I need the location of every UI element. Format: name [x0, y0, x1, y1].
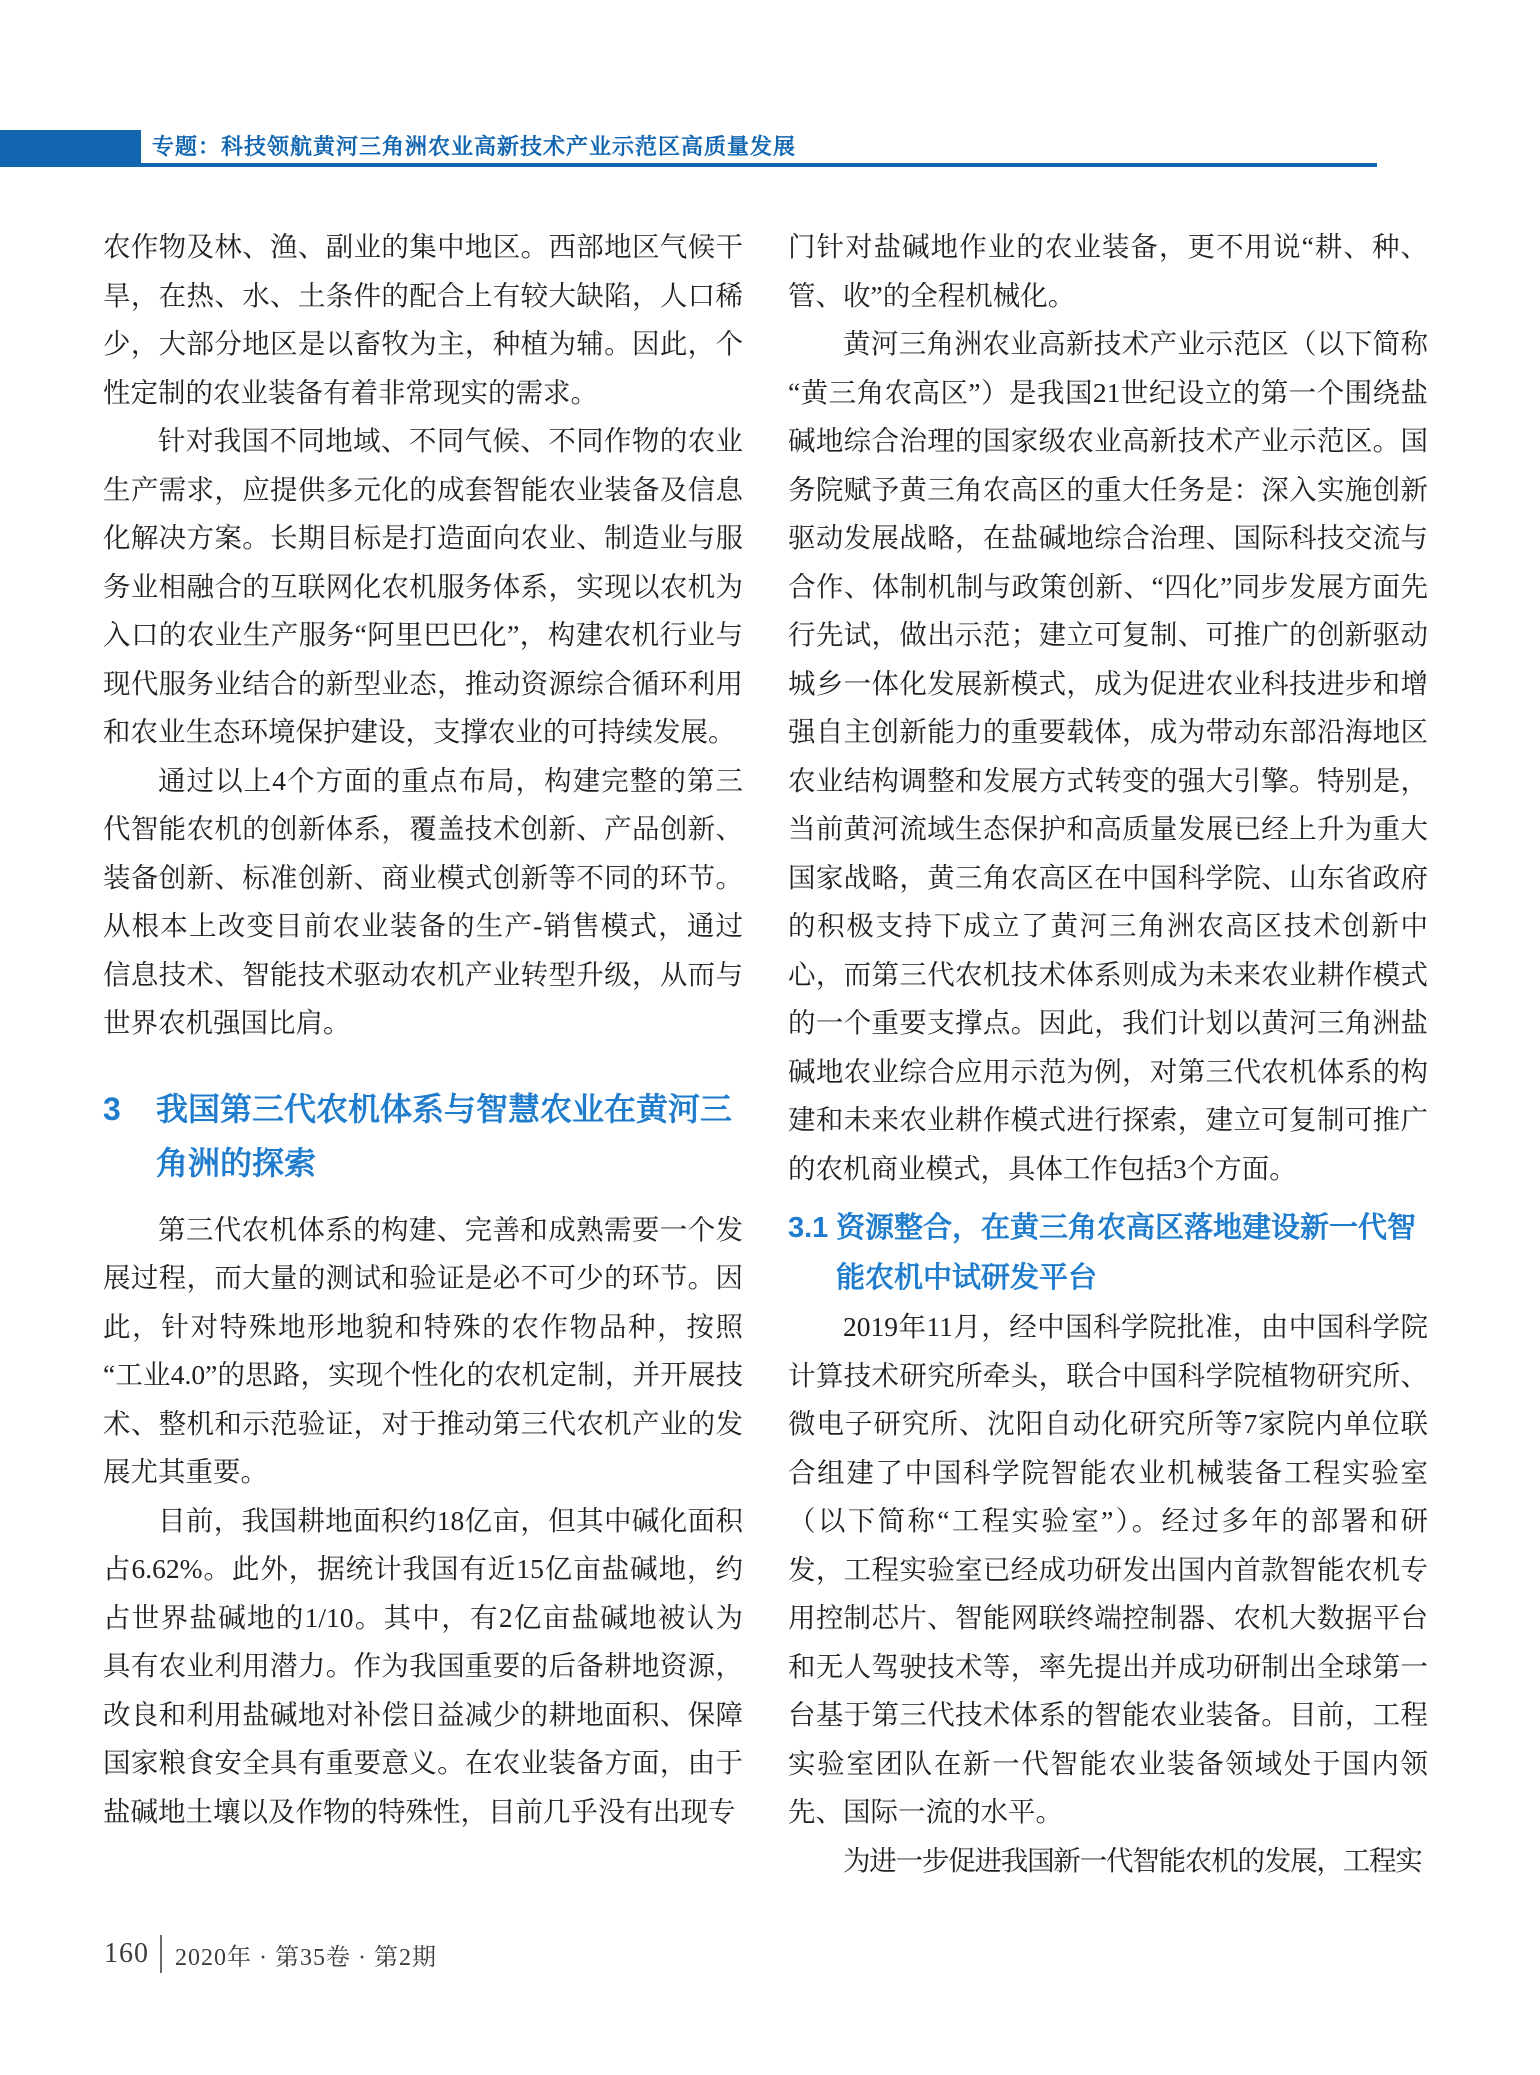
- section-title: 我国第三代农机体系与智慧农业在黄河三角洲的探索: [156, 1082, 743, 1190]
- paragraph: 第三代农机体系的构建、完善和成熟需要一个发展过程，而大量的测试和验证是必不可少的…: [103, 1206, 743, 1497]
- subsection-number: 3.1: [788, 1203, 836, 1303]
- paragraph: 黄河三角洲农业高新技术产业示范区（以下简称“黄三角农高区”）是我国21世纪设立的…: [788, 320, 1428, 1193]
- paragraph: 为进一步促进我国新一代智能农机的发展，工程实: [788, 1837, 1428, 1886]
- section-number: 3: [103, 1082, 156, 1190]
- issue-info: 2020年 · 第35卷 · 第2期: [175, 1937, 437, 1972]
- subsection-title: 资源整合，在黄三角农高区落地建设新一代智能农机中试研发平台: [836, 1203, 1428, 1303]
- page-number: 160: [104, 1938, 149, 1970]
- left-column: 农作物及林、渔、副业的集中地区。西部地区气候干旱，在热、水、土条件的配合上有较大…: [103, 223, 743, 1836]
- paragraph: 门针对盐碱地作业的农业装备，更不用说“耕、种、管、收”的全程机械化。: [788, 223, 1428, 320]
- paragraph: 通过以上4个方面的重点布局，构建完整的第三代智能农机的创新体系，覆盖技术创新、产…: [103, 757, 743, 1048]
- section-heading: 3 我国第三代农机体系与智慧农业在黄河三角洲的探索: [103, 1082, 743, 1190]
- paragraph: 针对我国不同地域、不同气候、不同作物的农业生产需求，应提供多元化的成套智能农业装…: [103, 417, 743, 757]
- topic-header-label: 专题：科技领航黄河三角洲农业高新技术产业示范区高质量发展: [152, 130, 796, 163]
- page-footer: 160 2020年 · 第35卷 · 第2期: [104, 1934, 437, 1974]
- paragraph: 2019年11月，经中国科学院批准，由中国科学院计算技术研究所牵头，联合中国科学…: [788, 1303, 1428, 1837]
- header-accent-block: [0, 130, 141, 163]
- footer-divider: [160, 1935, 162, 1973]
- header-rule: [0, 163, 1377, 167]
- subsection-heading: 3.1 资源整合，在黄三角农高区落地建设新一代智能农机中试研发平台: [788, 1203, 1428, 1303]
- right-column: 门针对盐碱地作业的农业装备，更不用说“耕、种、管、收”的全程机械化。 黄河三角洲…: [788, 223, 1428, 1885]
- paragraph: 农作物及林、渔、副业的集中地区。西部地区气候干旱，在热、水、土条件的配合上有较大…: [103, 223, 743, 417]
- paragraph: 目前，我国耕地面积约18亿亩，但其中碱化面积占6.62%。此外，据统计我国有近1…: [103, 1497, 743, 1837]
